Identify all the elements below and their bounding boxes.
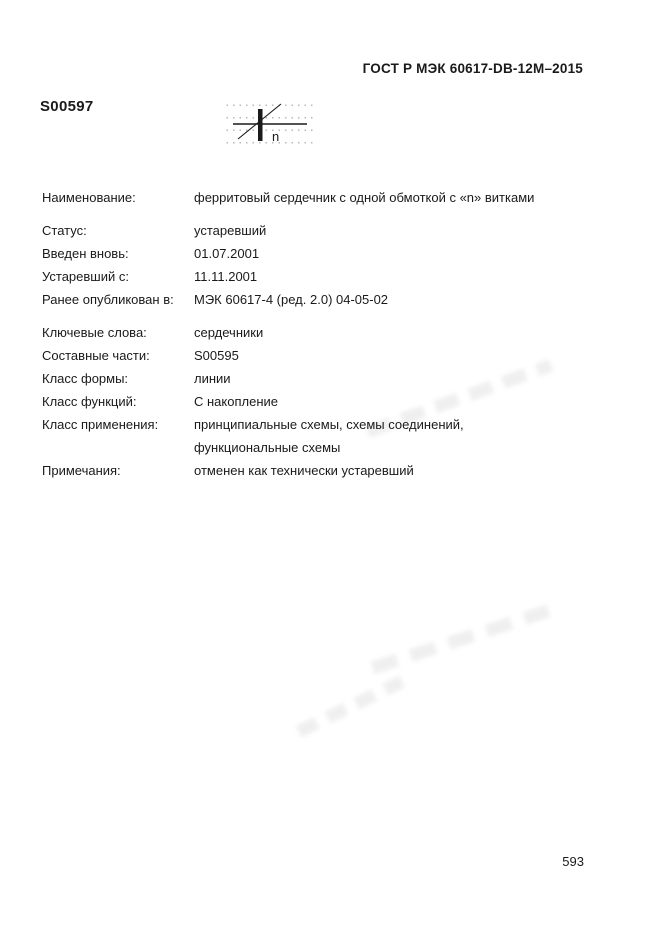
- field-row: Примечания: отменен как технически устар…: [42, 459, 602, 482]
- field-value: сердечники: [194, 321, 263, 344]
- field-value: S00595: [194, 344, 239, 367]
- field-row: Ранее опубликован в: МЭК 60617-4 (ред. 2…: [42, 288, 602, 311]
- field-label: Класс применения:: [42, 413, 194, 436]
- document-header: ГОСТ Р МЭК 60617-DB-12M–2015: [363, 61, 583, 76]
- field-row: Устаревший с: 11.11.2001: [42, 265, 602, 288]
- field-row: Класс применения: принципиальные схемы, …: [42, 413, 602, 459]
- field-value: 11.11.2001: [194, 265, 257, 288]
- symbol-drawing: n: [222, 95, 314, 152]
- ferrite-core-symbol: n: [222, 95, 314, 152]
- field-label: Составные части:: [42, 344, 194, 367]
- field-list: Наименование: ферритовый сердечник с одн…: [42, 186, 602, 492]
- field-row: Статус: устаревший: [42, 219, 602, 242]
- field-label: Введен вновь:: [42, 242, 194, 265]
- symbol-turns-label: n: [272, 129, 279, 144]
- field-label: Ранее опубликован в:: [42, 288, 194, 311]
- field-value-line: функциональные схемы: [194, 436, 464, 459]
- watermark-smudge: [371, 605, 551, 675]
- field-row: Ключевые слова: сердечники: [42, 321, 602, 344]
- field-value: С накопление: [194, 390, 278, 413]
- field-label: Класс функций:: [42, 390, 194, 413]
- field-label: Ключевые слова:: [42, 321, 194, 344]
- field-group: Наименование: ферритовый сердечник с одн…: [42, 186, 602, 209]
- field-value: МЭК 60617-4 (ред. 2.0) 04-05-02: [194, 288, 388, 311]
- watermark-smudge: [296, 675, 405, 737]
- field-row: Класс функций: С накопление: [42, 390, 602, 413]
- field-row: Класс формы: линии: [42, 367, 602, 390]
- field-label: Класс формы:: [42, 367, 194, 390]
- field-value: отменен как технически устаревший: [194, 459, 414, 482]
- field-value: устаревший: [194, 219, 266, 242]
- field-value-line: принципиальные схемы, схемы соединений,: [194, 413, 464, 436]
- field-label: Устаревший с:: [42, 265, 194, 288]
- field-row: Наименование: ферритовый сердечник с одн…: [42, 186, 602, 209]
- field-group: Ключевые слова: сердечники Составные час…: [42, 321, 602, 482]
- field-value: 01.07.2001: [194, 242, 259, 265]
- document-page: ГОСТ Р МЭК 60617-DB-12M–2015 S00597 n На…: [0, 0, 661, 936]
- symbol-core-bar: [258, 109, 263, 141]
- field-group: Статус: устаревший Введен вновь: 01.07.2…: [42, 219, 602, 311]
- field-value: принципиальные схемы, схемы соединений, …: [194, 413, 464, 459]
- symbol-id: S00597: [40, 98, 94, 115]
- field-value: линии: [194, 367, 231, 390]
- field-label: Статус:: [42, 219, 194, 242]
- field-row: Введен вновь: 01.07.2001: [42, 242, 602, 265]
- field-label: Наименование:: [42, 186, 194, 209]
- page-number: 593: [562, 854, 584, 869]
- field-label: Примечания:: [42, 459, 194, 482]
- field-row: Составные части: S00595: [42, 344, 602, 367]
- field-value: ферритовый сердечник с одной обмоткой с …: [194, 186, 534, 209]
